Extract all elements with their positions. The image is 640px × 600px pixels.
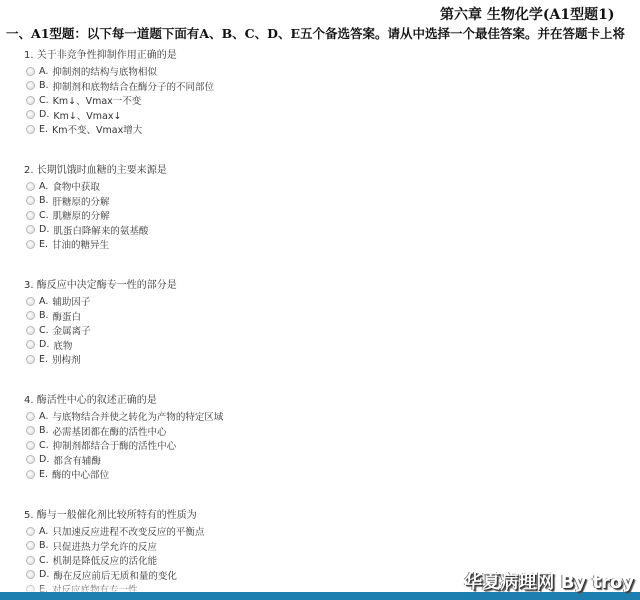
radio-icon[interactable]: [26, 326, 35, 335]
radio-icon[interactable]: [26, 570, 35, 579]
option-text: 肌糖原的分解: [53, 208, 110, 222]
option-text: 抑制剂和底物结合在酶分子的不同部位: [53, 79, 215, 93]
option-text: 必需基团都在酶的活性中心: [53, 424, 167, 438]
question-number: 5.: [24, 510, 34, 521]
question-text: 长期饥饿时血糖的主要来源是: [37, 165, 167, 176]
radio-icon[interactable]: [26, 470, 35, 479]
option-text: Km不变、Vmax增大: [52, 122, 142, 136]
option-b[interactable]: B.酶蛋白: [26, 309, 177, 324]
option-label: B.: [39, 80, 49, 91]
option-label: B.: [39, 425, 49, 436]
option-label: B.: [39, 540, 49, 551]
question-stem: 4. 酶活性中心的叙述正确的是: [24, 393, 223, 409]
option-text: 都含有辅酶: [53, 453, 101, 467]
option-label: A.: [39, 526, 48, 537]
option-text: Km↓、Vmax↓: [53, 108, 121, 122]
option-label: C.: [39, 325, 49, 336]
option-b[interactable]: B.必需基团都在酶的活性中心: [26, 424, 223, 439]
option-text: 酶蛋白: [53, 309, 82, 323]
option-text: 只加速反应进程不改变反应的平衡点: [52, 524, 204, 538]
question-text: 关于非竞争性抑制作用正确的是: [37, 50, 177, 61]
option-text: 与底物结合并使之转化为产物的特定区域: [52, 409, 223, 423]
radio-icon[interactable]: [26, 311, 35, 320]
option-c[interactable]: C.机制是降低反应的活化能: [26, 553, 204, 568]
option-label: A.: [39, 296, 48, 307]
radio-icon[interactable]: [26, 110, 35, 119]
option-text: 肌蛋白降解来的氨基酸: [53, 223, 148, 237]
option-label: E.: [39, 124, 48, 135]
option-b[interactable]: B.抑制剂和底物结合在酶分子的不同部位: [26, 79, 214, 94]
option-text: 肝糖原的分解: [53, 194, 110, 208]
option-label: C.: [39, 210, 49, 221]
radio-icon[interactable]: [26, 125, 35, 134]
option-d[interactable]: D.都含有辅酶: [26, 453, 223, 468]
option-text: Km↓、Vmax一不变: [53, 93, 142, 107]
option-text: 金属离子: [53, 323, 91, 337]
question-4: 4. 酶活性中心的叙述正确的是 A.与底物结合并使之转化为产物的特定区域 B.必…: [24, 393, 223, 482]
radio-icon[interactable]: [26, 412, 35, 421]
option-text: 机制是降低反应的活化能: [53, 553, 158, 567]
option-label: D.: [39, 569, 49, 580]
radio-icon[interactable]: [26, 426, 35, 435]
question-number: 3.: [24, 280, 34, 291]
option-e[interactable]: E.甘油的糖异生: [26, 237, 167, 252]
question-stem: 1. 关于非竞争性抑制作用正确的是: [24, 48, 214, 64]
radio-icon[interactable]: [26, 81, 35, 90]
option-d[interactable]: D.肌蛋白降解来的氨基酸: [26, 223, 167, 238]
option-text: 酶在反应前后无质和量的变化: [53, 568, 177, 582]
option-text: 抑制剂的结构与底物相似: [52, 64, 157, 78]
question-3: 3. 酶反应中决定酶专一性的部分是 A.辅助因子 B.酶蛋白 C.金属离子 D.…: [24, 278, 177, 367]
option-label: A.: [39, 181, 48, 192]
option-d[interactable]: D.酶在反应前后无质和量的变化: [26, 568, 204, 583]
option-text: 酶的中心部位: [52, 467, 109, 481]
option-text: 底物: [53, 338, 72, 352]
option-e[interactable]: E.酶的中心部位: [26, 467, 223, 482]
watermark: 华夏病理网 By troy: [464, 568, 634, 594]
option-c[interactable]: C.肌糖原的分解: [26, 208, 167, 223]
option-e[interactable]: E.别构剂: [26, 352, 177, 367]
radio-icon[interactable]: [26, 225, 35, 234]
option-label: C.: [39, 555, 49, 566]
radio-icon[interactable]: [26, 556, 35, 565]
option-label: B.: [39, 310, 49, 321]
question-1: 1. 关于非竞争性抑制作用正确的是 A.抑制剂的结构与底物相似 B.抑制剂和底物…: [24, 48, 214, 137]
radio-icon[interactable]: [26, 527, 35, 536]
instructions-heading: 一、A1型题：以下每一道题下面有A、B、C、D、E五个备选答案。请从中选择一个最…: [6, 24, 625, 42]
option-label: C.: [39, 95, 49, 106]
option-label: B.: [39, 195, 49, 206]
option-label: E.: [39, 239, 48, 250]
option-c[interactable]: C.金属离子: [26, 323, 177, 338]
option-label: A.: [39, 66, 48, 77]
radio-icon[interactable]: [26, 297, 35, 306]
question-2: 2. 长期饥饿时血糖的主要来源是 A.食物中获取 B.肝糖原的分解 C.肌糖原的…: [24, 163, 167, 252]
question-number: 1.: [24, 50, 34, 61]
question-text: 酶反应中决定酶专一性的部分是: [37, 280, 177, 291]
chapter-title: 第六章 生物化学(A1型题1): [440, 4, 614, 24]
question-text: 酶与一般催化剂比较所特有的性质为: [37, 510, 197, 521]
option-a[interactable]: A.与底物结合并使之转化为产物的特定区域: [26, 409, 223, 424]
radio-icon[interactable]: [26, 196, 35, 205]
radio-icon[interactable]: [26, 441, 35, 450]
option-a[interactable]: A.只加速反应进程不改变反应的平衡点: [26, 524, 204, 539]
radio-icon[interactable]: [26, 355, 35, 364]
option-text: 抑制剂都结合于酶的活性中心: [53, 438, 177, 452]
option-label: E.: [39, 469, 48, 480]
option-label: A.: [39, 411, 48, 422]
question-stem: 5. 酶与一般催化剂比较所特有的性质为: [24, 508, 204, 524]
question-stem: 2. 长期饥饿时血糖的主要来源是: [24, 163, 167, 179]
option-label: C.: [39, 440, 49, 451]
option-text: 只促进热力学允许的反应: [53, 539, 158, 553]
radio-icon[interactable]: [26, 541, 35, 550]
option-a[interactable]: A.抑制剂的结构与底物相似: [26, 64, 214, 79]
option-d[interactable]: D.Km↓、Vmax↓: [26, 108, 214, 123]
option-a[interactable]: A.辅助因子: [26, 294, 177, 309]
option-label: E.: [39, 354, 48, 365]
option-text: 食物中获取: [52, 179, 100, 193]
radio-icon[interactable]: [26, 211, 35, 220]
option-label: D.: [39, 339, 49, 350]
question-number: 4.: [24, 395, 34, 406]
option-c[interactable]: C.抑制剂都结合于酶的活性中心: [26, 438, 223, 453]
radio-icon[interactable]: [26, 67, 35, 76]
radio-icon[interactable]: [26, 182, 35, 191]
radio-icon[interactable]: [26, 455, 35, 464]
option-c[interactable]: C.Km↓、Vmax一不变: [26, 93, 214, 108]
option-text: 甘油的糖异生: [52, 237, 109, 251]
question-stem: 3. 酶反应中决定酶专一性的部分是: [24, 278, 177, 294]
option-a[interactable]: A.食物中获取: [26, 179, 167, 194]
question-number: 2.: [24, 165, 34, 176]
option-d[interactable]: D.底物: [26, 338, 177, 353]
option-e[interactable]: E.Km不变、Vmax增大: [26, 122, 214, 137]
option-b[interactable]: B.肝糖原的分解: [26, 194, 167, 209]
radio-icon[interactable]: [26, 96, 35, 105]
option-label: D.: [39, 109, 49, 120]
radio-icon[interactable]: [26, 340, 35, 349]
option-label: D.: [39, 224, 49, 235]
option-label: D.: [39, 454, 49, 465]
option-text: 辅助因子: [52, 294, 90, 308]
question-text: 酶活性中心的叙述正确的是: [37, 395, 157, 406]
option-b[interactable]: B.只促进热力学允许的反应: [26, 539, 204, 554]
radio-icon[interactable]: [26, 240, 35, 249]
option-text: 别构剂: [52, 352, 81, 366]
